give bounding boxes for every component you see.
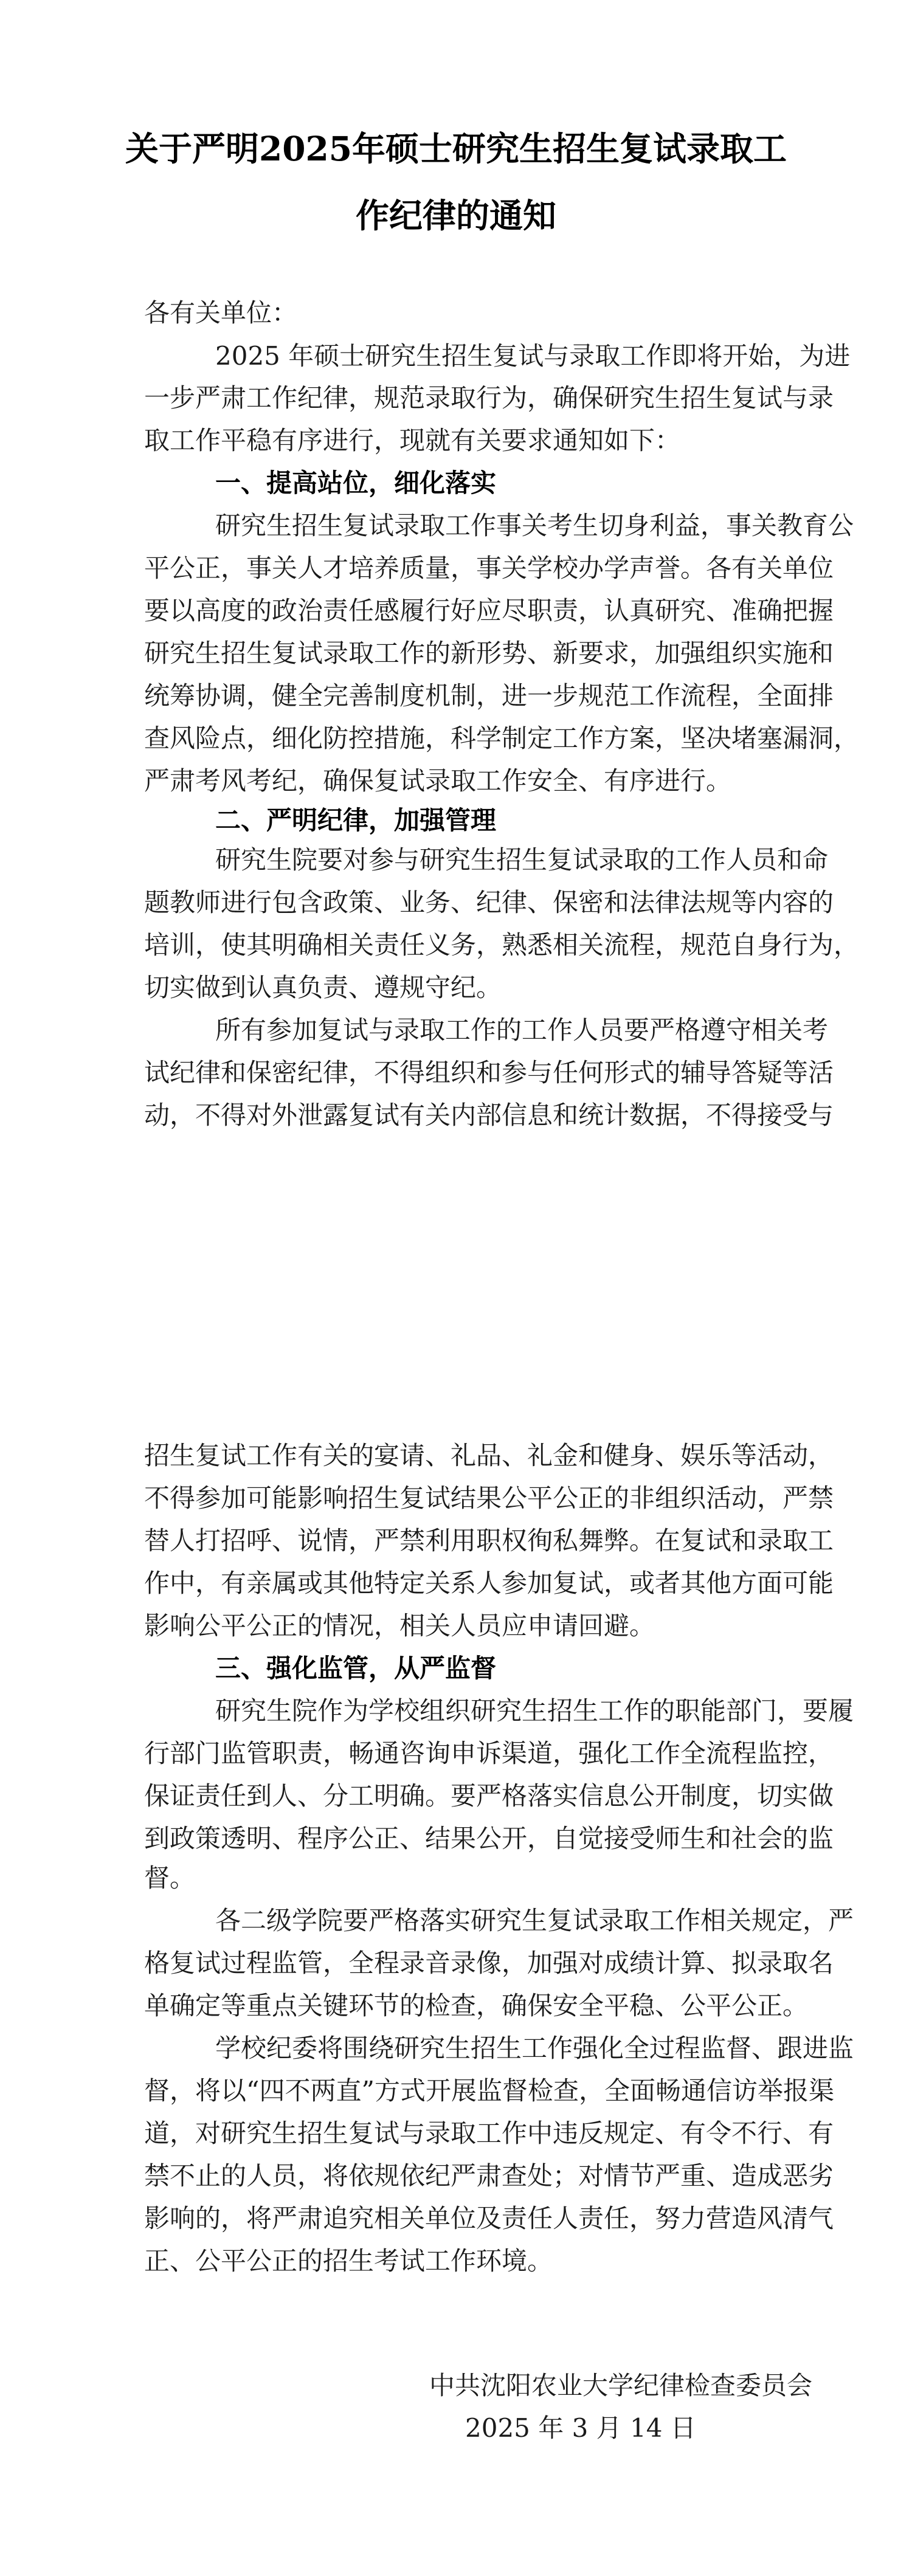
paragraph-line: 研究生招生复试录取工作的新形势、新要求，加强组织实施和 xyxy=(144,635,795,672)
paragraph-line: 各二级学院要严格落实研究生复试录取工作相关规定，严 xyxy=(215,1903,795,1939)
document-title-line-2: 作纪律的通知 xyxy=(122,195,790,237)
paragraph-line: 研究生院作为学校组织研究生招生工作的职能部门，要履 xyxy=(215,1693,795,1729)
paragraph-line: 督。 xyxy=(144,1860,795,1896)
paragraph-line: 动，不得对外泄露复试有关内部信息和统计数据，不得接受与 xyxy=(144,1097,795,1134)
section-heading-2: 二、严明纪律，加强管理 xyxy=(215,802,496,839)
paragraph-line: 督，将以“四不两直”方式开展监督检查，全面畅通信访举报渠 xyxy=(144,2073,795,2109)
paragraph-line: 保证责任到人、分工明确。要严格落实信息公开制度，切实做 xyxy=(144,1778,795,1814)
paragraph-line: 切实做到认真负责、遵规守纪。 xyxy=(144,969,795,1006)
paragraph-line: 禁不止的人员，将依规依纪严肃查处；对情节严重、造成恶劣 xyxy=(144,2158,795,2194)
paragraph-line: 研究生招生复试录取工作事关考生切身利益，事关教育公 xyxy=(215,508,795,544)
paragraph-line: 格复试过程监管，全程录音录像，加强对成绩计算、拟录取名 xyxy=(144,1945,795,1982)
paragraph-line: 不得参加可能影响招生复试结果公平公正的非组织活动，严禁 xyxy=(144,1480,795,1517)
paragraph-line: 学校纪委将围绕研究生招生工作强化全过程监督、跟进监 xyxy=(215,2030,795,2067)
paragraph-line: 试纪律和保密纪律，不得组织和参与任何形式的辅导答疑等活 xyxy=(144,1055,795,1091)
paragraph-line: 替人打招呼、说情，严禁利用职权徇私舞弊。在复试和录取工 xyxy=(144,1523,795,1559)
paragraph-line: 行部门监管职责，畅通咨询申诉渠道，强化工作全流程监控， xyxy=(144,1735,795,1772)
paragraph-line: 影响公平公正的情况，相关人员应申请回避。 xyxy=(144,1608,795,1644)
intro-line: 取工作平稳有序进行，现就有关要求通知如下： xyxy=(144,422,795,459)
paragraph-line: 影响的，将严肃追究相关单位及责任人责任，努力营造风清气 xyxy=(144,2200,795,2237)
signature-organization: 中共沈阳农业大学纪律检查委员会 xyxy=(429,2368,812,2404)
section-heading-1: 一、提高站位，细化落实 xyxy=(215,465,496,501)
paragraph-line: 要以高度的政治责任感履行好应尽职责，认真研究、准确把握 xyxy=(144,593,795,629)
salutation: 各有关单位： xyxy=(144,295,297,331)
paragraph-line: 单确定等重点关键环节的检查，确保安全平稳、公平公正。 xyxy=(144,1988,795,2024)
paragraph-line: 研究生院要对参与研究生招生复试录取的工作人员和命 xyxy=(215,842,795,878)
paragraph-line: 到政策透明、程序公正、结果公开，自觉接受师生和社会的监 xyxy=(144,1820,795,1857)
document-page: 关于严明2025年硕士研究生招生复试录取工 作纪律的通知 各有关单位： 2025… xyxy=(0,0,912,2576)
paragraph-line: 查风险点，细化防控措施，科学制定工作方案，坚决堵塞漏洞， xyxy=(144,720,795,757)
paragraph-line: 平公正，事关人才培养质量，事关学校办学声誉。各有关单位 xyxy=(144,550,795,587)
paragraph-line: 题教师进行包含政策、业务、纪律、保密和法律法规等内容的 xyxy=(144,884,795,921)
paragraph-line: 所有参加复试与录取工作的工作人员要严格遵守相关考 xyxy=(215,1012,795,1049)
signature-date: 2025 年 3 月 14 日 xyxy=(465,2410,696,2447)
paragraph-line: 严肃考风考纪，确保复试录取工作安全、有序进行。 xyxy=(144,763,795,799)
paragraph-line: 培训，使其明确相关责任义务，熟悉相关流程，规范自身行为， xyxy=(144,927,795,963)
intro-line: 一步严肃工作纪律，规范录取行为，确保研究生招生复试与录 xyxy=(144,380,795,416)
document-title-line-1: 关于严明2025年硕士研究生招生复试录取工 xyxy=(122,128,790,170)
paragraph-line: 正、公平公正的招生考试工作环境。 xyxy=(144,2243,795,2279)
paragraph-line: 招生复试工作有关的宴请、礼品、礼金和健身、娱乐等活动， xyxy=(144,1438,795,1474)
intro-line: 2025 年硕士研究生招生复试与录取工作即将开始，为进 xyxy=(215,338,795,374)
paragraph-line: 作中，有亲属或其他特定关系人参加复试，或者其他方面可能 xyxy=(144,1565,795,1602)
section-heading-3: 三、强化监管，从严监督 xyxy=(215,1650,496,1687)
paragraph-line: 道，对研究生招生复试与录取工作中违反规定、有令不行、有 xyxy=(144,2115,795,2152)
paragraph-line: 统筹协调，健全完善制度机制，进一步规范工作流程，全面排 xyxy=(144,678,795,714)
